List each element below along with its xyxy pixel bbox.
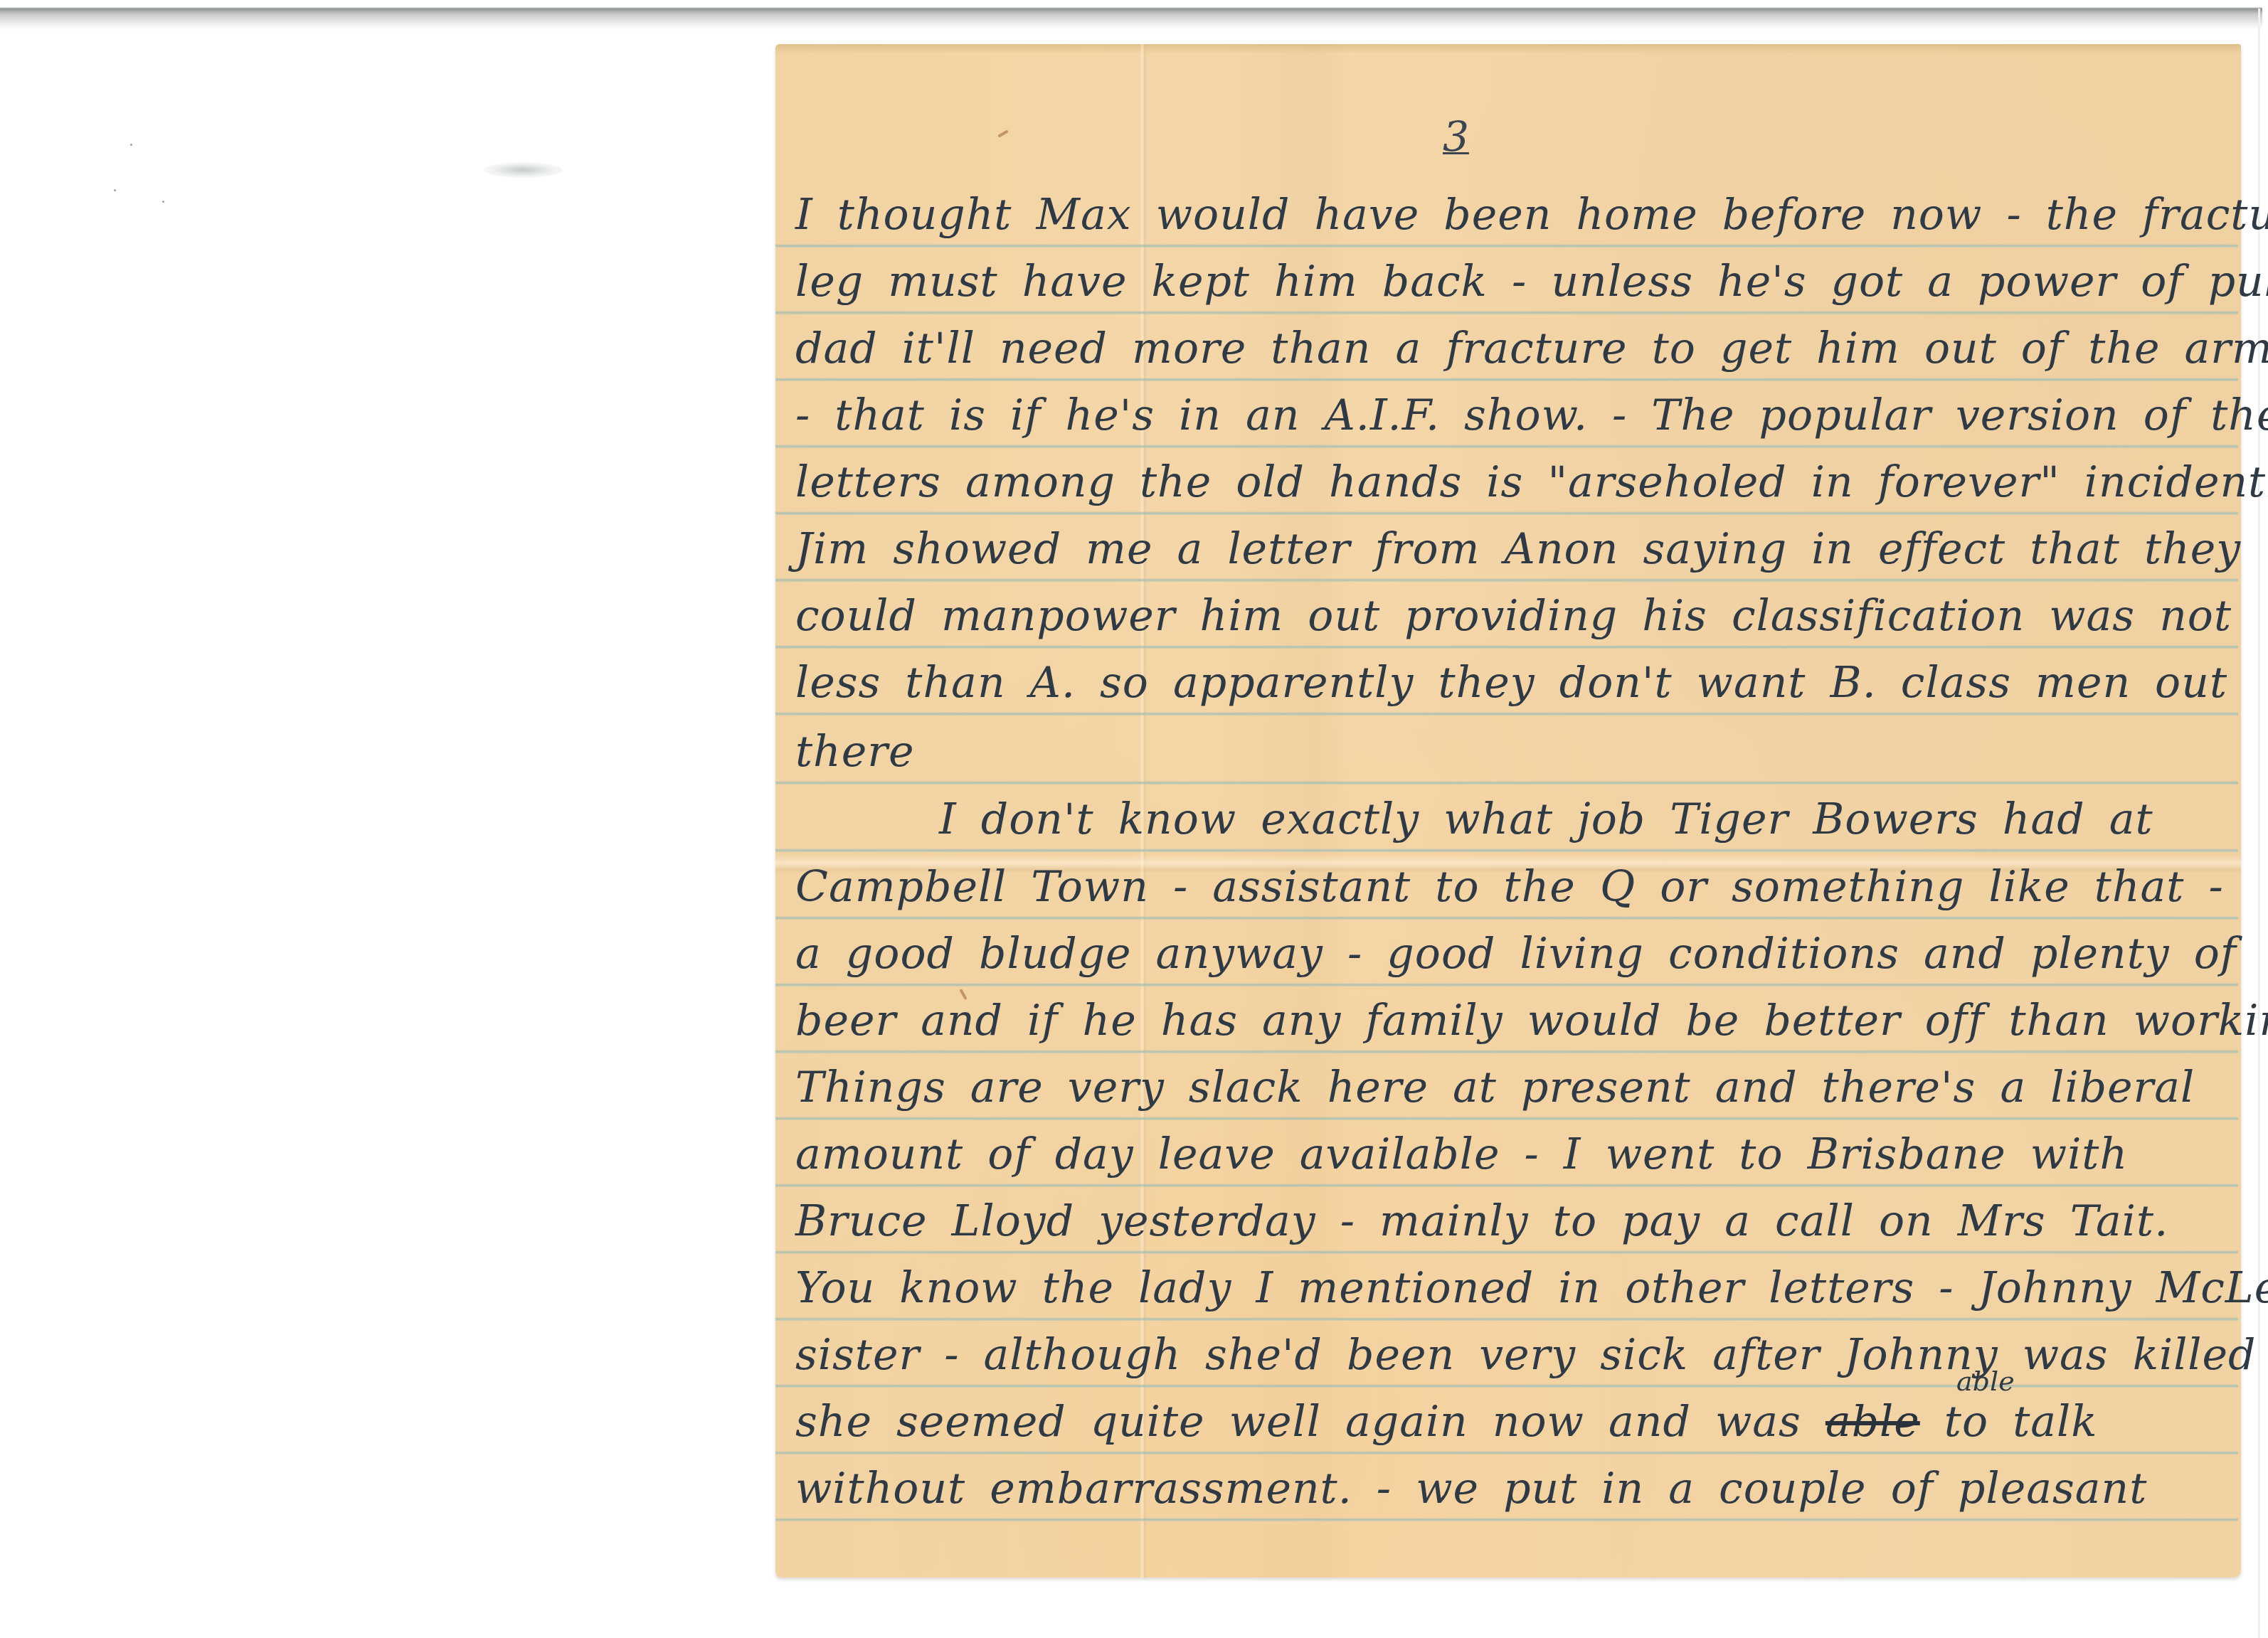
letter-line-13: beer and if he has any family would be b… — [795, 989, 2225, 1053]
scanner-shadow — [0, 0, 2262, 30]
letter-line-14: Things are very slack here at present an… — [795, 1055, 2225, 1120]
letter-line-5: letters among the old hands is "arsehole… — [795, 450, 2225, 514]
letter-line-9: there — [795, 720, 2225, 784]
letter-line-8: less than A. so apparently they don't wa… — [795, 651, 2225, 715]
letter-line-10: I don't know exactly what job Tiger Bowe… — [939, 787, 2268, 851]
scan-speck — [162, 201, 164, 203]
letter-line-1: I thought Max would have been home befor… — [795, 183, 2225, 247]
inserted-word: able — [1956, 1366, 2015, 1397]
paper-mark — [997, 129, 1009, 137]
letter-line-19: she seemed quite well again now and was … — [795, 1390, 2225, 1454]
letter-line-20: without embarrassment. - we put in a cou… — [795, 1457, 2225, 1521]
letter-sheet: 3 I thought Max would have been home bef… — [775, 44, 2241, 1578]
scan-speck — [114, 189, 116, 191]
letter-line-6: Jim showed me a letter from Anon saying … — [795, 517, 2225, 581]
letter-line-7: could manpower him out providing his cla… — [795, 584, 2225, 648]
letter-line-16: Bruce Lloyd yesterday - mainly to pay a … — [795, 1189, 2225, 1253]
scan-speck — [130, 144, 132, 146]
letter-line-17: You know the lady I mentioned in other l… — [795, 1256, 2225, 1320]
scan-smudge — [484, 162, 562, 178]
letter-line-11: Campbell Town - assistant to the Q or so… — [795, 855, 2225, 919]
struck-word: able — [1825, 1397, 1920, 1447]
page-number: 3 — [1443, 112, 1469, 161]
letter-line-3: dad it'll need more than a fracture to g… — [795, 317, 2225, 381]
letter-line-15: amount of day leave available - I went t… — [795, 1122, 2225, 1186]
letter-line-4: - that is if he's in an A.I.F. show. - T… — [795, 383, 2225, 447]
line-19-before: she seemed quite well again now and was — [795, 1397, 1825, 1447]
letter-line-2: leg must have kept him back - unless he'… — [795, 250, 2225, 314]
line-19-after: to talk — [1920, 1397, 2098, 1447]
letter-line-12: a good bludge anyway - good living condi… — [795, 922, 2225, 986]
